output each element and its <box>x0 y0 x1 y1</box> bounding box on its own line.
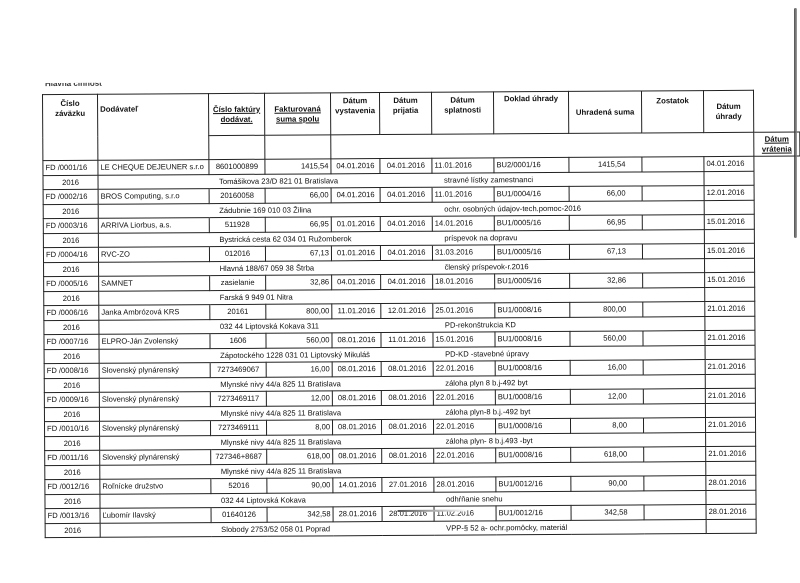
due-date: 11.02.2016 <box>434 506 496 521</box>
due-date: 11.01.2016 <box>432 187 494 202</box>
detail-spacer <box>99 291 210 306</box>
received-date: 12.01.2016 <box>381 303 433 318</box>
due-date: 31.03.2016 <box>432 245 494 260</box>
payment-date: 21.01.2016 <box>705 417 755 432</box>
issue-date: 08.01.2016 <box>332 391 381 406</box>
liability-id: FD /0002/16 <box>43 189 98 204</box>
invoiced-amount: 1415,54 <box>265 159 331 174</box>
header-cislo-faktury: Číslo faktúry dodávat. <box>208 93 264 135</box>
supplier-name: SAMNET <box>99 276 210 292</box>
detail-spacer <box>98 233 209 248</box>
supplier-name: ELPRO-Ján Zvolenský <box>99 334 210 350</box>
liability-year: 2016 <box>44 291 99 305</box>
liability-id: FD /0008/16 <box>44 363 99 378</box>
balance <box>643 389 705 404</box>
paid-amount: 67,13 <box>569 244 642 259</box>
supplier-name: Slovenský plynárenský <box>100 450 211 466</box>
header-datum-vratenia: Dátum vrátenia <box>754 132 800 156</box>
liability-year: 2016 <box>44 378 99 392</box>
payment-document: BU1/0008/16 <box>495 418 570 433</box>
due-date: 28.01.2016 <box>434 477 496 492</box>
received-date: 08.01.2016 <box>381 390 433 405</box>
due-date: 22.01.2016 <box>433 361 495 376</box>
supplier-address: Slobody 2753/52 058 01 Poprad <box>211 521 434 536</box>
payment-date: 28.01.2016 <box>706 504 756 519</box>
return-date <box>705 403 755 417</box>
detail-spacer <box>100 523 211 538</box>
invoiced-amount: 67,13 <box>265 246 331 261</box>
paid-amount: 1415,54 <box>569 157 642 172</box>
balance <box>643 331 705 346</box>
return-date <box>704 200 754 214</box>
supplier-address: Farská 9 949 01 Nitra <box>210 289 433 304</box>
liability-year: 2016 <box>44 320 99 334</box>
header-sub-empty <box>265 135 331 159</box>
liability-id: FD /0003/16 <box>43 218 98 233</box>
liability-id: FD /0006/16 <box>44 305 99 320</box>
supplier-name: Roľnícke družstvo <box>100 479 211 495</box>
liability-year: 2016 <box>44 262 99 276</box>
payment-document: BU1/0005/16 <box>494 244 569 259</box>
supplier-address: 032 44 Liptovská Kokava 311 <box>210 318 433 333</box>
paid-amount: 342,58 <box>571 505 644 520</box>
payment-date: 28.01.2016 <box>706 475 756 490</box>
supplier-address: 032 44 Liptovská Kokava <box>211 492 434 507</box>
detail-spacer <box>98 175 209 190</box>
detail-spacer <box>99 407 210 422</box>
balance <box>644 476 706 491</box>
balance <box>643 273 705 288</box>
liability-year: 2016 <box>43 175 98 189</box>
header-doklad-uhrady: Doklad úhrady <box>493 91 568 133</box>
balance <box>643 418 705 433</box>
balance <box>643 360 705 375</box>
supplier-address: Zádubnie 169 010 03 Žilina <box>209 202 432 217</box>
issue-date: 04.01.2016 <box>331 188 380 203</box>
supplier-address: Mlynské nivy 44/a 825 11 Bratislava <box>210 376 433 391</box>
invoice-number: 1606 <box>210 333 266 348</box>
paid-amount: 66,00 <box>569 186 642 201</box>
balance <box>643 302 705 317</box>
supplier-address: Mlynské nivy 44/a 825 11 Bratislava <box>211 463 434 478</box>
scanned-page: Hlavná činnosť Číslo záväzku Dodávateľ Č… <box>0 0 800 583</box>
header-fakturovana-suma: Fakturovaná suma spolu <box>264 93 330 135</box>
detail-spacer <box>100 494 211 509</box>
paid-amount: 800,00 <box>570 302 643 317</box>
supplier-name: RVC-ZO <box>98 247 209 263</box>
received-date: 08.01.2016 <box>381 361 433 376</box>
balance <box>642 186 704 201</box>
return-date <box>705 316 755 330</box>
liability-id: FD /0004/16 <box>43 247 98 262</box>
supplier-name: Slovenský plynárenský <box>99 421 210 437</box>
issue-date: 01.01.2016 <box>331 217 380 232</box>
return-date <box>704 229 754 243</box>
invoiced-amount: 618,00 <box>267 449 333 464</box>
paid-amount: 560,00 <box>570 331 643 346</box>
detail-spacer <box>100 465 211 480</box>
issue-date: 04.01.2016 <box>332 275 381 290</box>
supplier-name: LE CHEQUE DEJEUNER s.r.o <box>98 160 209 176</box>
payment-date: 04.01.2016 <box>704 156 754 171</box>
due-date: 22.01.2016 <box>433 419 495 434</box>
payment-date: 21.01.2016 <box>705 359 755 374</box>
payment-document: BU1/0005/16 <box>494 215 569 230</box>
header-sub-empty <box>331 132 754 159</box>
payment-date: 15.01.2016 <box>704 214 754 229</box>
payment-date: 15.01.2016 <box>704 243 754 258</box>
return-date <box>706 490 756 504</box>
invoiced-amount: 90,00 <box>267 478 333 493</box>
invoiced-amount: 342,58 <box>267 507 333 522</box>
payment-document: BU1/0012/16 <box>496 505 571 520</box>
liability-id: FD /0013/16 <box>45 508 100 523</box>
paid-amount: 90,00 <box>571 476 644 491</box>
liability-year: 2016 <box>45 465 100 479</box>
due-date: 11.01.2016 <box>432 158 494 173</box>
issue-date: 08.01.2016 <box>333 449 382 464</box>
received-date: 04.01.2016 <box>380 187 432 202</box>
issue-date: 11.01.2016 <box>332 304 381 319</box>
issue-date: 08.01.2016 <box>332 362 381 377</box>
supplier-address: Mlynské nivy 44/a 825 11 Bratislava <box>210 405 433 420</box>
liability-year: 2016 <box>44 349 99 363</box>
invoice-number: 012016 <box>209 246 265 261</box>
supplier-name: Ľubomír Ilavský <box>100 508 211 524</box>
header-uhradena-suma: Uhradená suma <box>568 91 641 133</box>
liability-year: 2016 <box>45 523 100 537</box>
invoiced-amount: 12,00 <box>266 391 332 406</box>
received-date: 27.01.2016 <box>382 477 434 492</box>
payment-document: BU1/0004/16 <box>494 186 569 201</box>
invoice-number: 20161 <box>210 304 266 319</box>
section-title: Hlavná činnosť <box>45 83 103 89</box>
payment-date: 12.01.2016 <box>704 185 754 200</box>
invoiced-amount: 800,00 <box>266 304 332 319</box>
paid-amount: 12,00 <box>570 389 643 404</box>
header-dodavatel: Dodávateľ <box>97 94 208 161</box>
liability-id: FD /0001/16 <box>43 160 98 175</box>
return-date <box>705 345 755 359</box>
payment-document: BU2/0001/16 <box>494 157 569 172</box>
invoice-number: 7273469117 <box>210 391 266 406</box>
received-date: 08.01.2016 <box>382 448 434 463</box>
due-date: 22.01.2016 <box>433 390 495 405</box>
scan-artifact <box>398 510 468 512</box>
scan-edge-shadow <box>794 8 797 238</box>
invoice-number: 7273469067 <box>210 362 266 377</box>
invoiced-amount: 66,95 <box>265 217 331 232</box>
supplier-name: Slovenský plynárenský <box>99 392 210 408</box>
issue-date: 08.01.2016 <box>332 333 381 348</box>
balance <box>642 157 704 172</box>
invoice-number: 7273469111 <box>210 420 266 435</box>
payment-date: 15.01.2016 <box>705 272 755 287</box>
payment-document: BU1/0012/16 <box>496 476 571 491</box>
return-date <box>706 519 756 533</box>
paid-amount: 618,00 <box>571 447 644 462</box>
balance <box>642 244 704 259</box>
detail-spacer <box>99 378 210 393</box>
payment-document: BU1/0008/16 <box>495 331 570 346</box>
return-date <box>705 374 755 388</box>
received-date: 28.01.2016 <box>382 506 434 521</box>
issue-date: 28.01.2016 <box>333 507 382 522</box>
balance <box>644 505 706 520</box>
supplier-name: BROS Computing, s.r.o <box>98 189 209 205</box>
balance <box>644 447 706 462</box>
supplier-address: Hlavná 188/67 059 38 Štrba <box>210 260 433 275</box>
invoice-number: 20160058 <box>209 188 265 203</box>
received-date: 11.01.2016 <box>381 332 433 347</box>
due-date: 25.01.2016 <box>433 303 495 318</box>
return-date <box>705 258 755 272</box>
liability-year: 2016 <box>44 407 99 421</box>
liability-year: 2016 <box>45 494 100 508</box>
detail-spacer <box>100 436 211 451</box>
liability-year: 2016 <box>45 436 100 450</box>
payment-document: BU1/0005/16 <box>495 273 570 288</box>
payment-document: BU1/0008/16 <box>495 302 570 317</box>
liability-year: 2016 <box>43 233 98 247</box>
liability-id: FD /0009/16 <box>44 392 99 407</box>
invoiced-amount: 8,00 <box>266 420 332 435</box>
liability-year: 2016 <box>43 204 98 218</box>
paid-amount: 32,86 <box>570 273 643 288</box>
header-zostatok: Zostatok <box>641 91 703 133</box>
supplier-address: Tomášikova 23/D 821 01 Bratislava <box>209 173 432 188</box>
header-datum-vystavenia: Dátum vystavenia <box>330 93 379 135</box>
return-date <box>705 287 755 301</box>
header-sub-empty <box>209 135 265 159</box>
payment-document: BU1/0008/16 <box>495 389 570 404</box>
supplier-address: Mlynské nivy 44/a 825 11 Bratislava <box>211 434 434 449</box>
invoiced-amount: 32,86 <box>266 275 332 290</box>
liability-id: FD /0010/16 <box>44 421 99 436</box>
received-date: 04.01.2016 <box>380 216 432 231</box>
payment-date: 21.01.2016 <box>705 388 755 403</box>
return-date <box>704 171 754 185</box>
due-date: 18.01.2016 <box>433 274 495 289</box>
payment-document: BU1/0008/16 <box>495 360 570 375</box>
liabilities-table: Číslo záväzku Dodávateľ Číslo faktúry do… <box>42 89 800 538</box>
paid-amount: 66,95 <box>569 215 642 230</box>
invoice-number: 01640126 <box>211 507 267 522</box>
due-date: 15.01.2016 <box>433 332 495 347</box>
header-datum-uhrady: Dátum úhrady <box>703 90 753 132</box>
payment-document: BU1/0008/16 <box>496 447 571 462</box>
detail-spacer <box>99 262 210 277</box>
received-date: 04.01.2016 <box>381 274 433 289</box>
balance <box>642 215 704 230</box>
supplier-address: Zápotockého 1228 031 01 Liptovský Mikulá… <box>210 347 433 362</box>
payment-date: 21.01.2016 <box>705 301 755 316</box>
invoiced-amount: 66,00 <box>265 188 331 203</box>
issue-date: 08.01.2016 <box>332 420 381 435</box>
supplier-name: Janka Ambrózová KRS <box>99 305 210 321</box>
issue-date: 14.01.2016 <box>333 478 382 493</box>
detail-spacer <box>99 349 210 364</box>
detail-spacer <box>99 320 210 335</box>
supplier-address: Bystrická cesta 62 034 01 Ružomberok <box>209 231 432 246</box>
liability-id: FD /0007/16 <box>44 334 99 349</box>
header-datum-splatnosti: Dátum splatnosti <box>431 92 493 134</box>
supplier-name: Slovenský plynárenský <box>99 363 210 379</box>
detail-spacer <box>98 204 209 219</box>
paid-amount: 8,00 <box>570 418 643 433</box>
due-date: 22.01.2016 <box>434 448 496 463</box>
header-datum-prijatia: Dátum prijatia <box>379 92 431 134</box>
return-date <box>706 461 756 475</box>
invoiced-amount: 560,00 <box>266 333 332 348</box>
payment-date: 21.01.2016 <box>705 330 755 345</box>
due-date: 14.01.2016 <box>432 216 494 231</box>
paid-amount: 16,00 <box>570 360 643 375</box>
invoice-number: 511928 <box>209 217 265 232</box>
invoice-number: zasielanie <box>210 275 266 290</box>
return-date <box>706 432 756 446</box>
issue-date: 04.01.2016 <box>331 159 380 174</box>
header-cislo-zavazku: Číslo záväzku <box>42 94 97 160</box>
received-date: 04.01.2016 <box>380 158 432 173</box>
invoice-number: 52016 <box>211 478 267 493</box>
issue-date: 01.01.2016 <box>331 246 380 261</box>
invoice-number: 727346+8687 <box>211 449 267 464</box>
invoice-purpose: VPP-§ 52 a- ochr.pomôcky, materiál <box>434 520 706 536</box>
payment-date: 21.01.2016 <box>706 446 756 461</box>
liability-id: FD /0005/16 <box>44 276 99 291</box>
supplier-name: ARRIVA Liorbus, a.s. <box>98 218 209 234</box>
liability-id: FD /0011/16 <box>45 450 100 465</box>
invoice-number: 8601000899 <box>209 159 265 174</box>
received-date: 08.01.2016 <box>381 419 433 434</box>
received-date: 04.01.2016 <box>380 245 432 260</box>
liability-id: FD /0012/16 <box>45 479 100 494</box>
invoiced-amount: 16,00 <box>266 362 332 377</box>
